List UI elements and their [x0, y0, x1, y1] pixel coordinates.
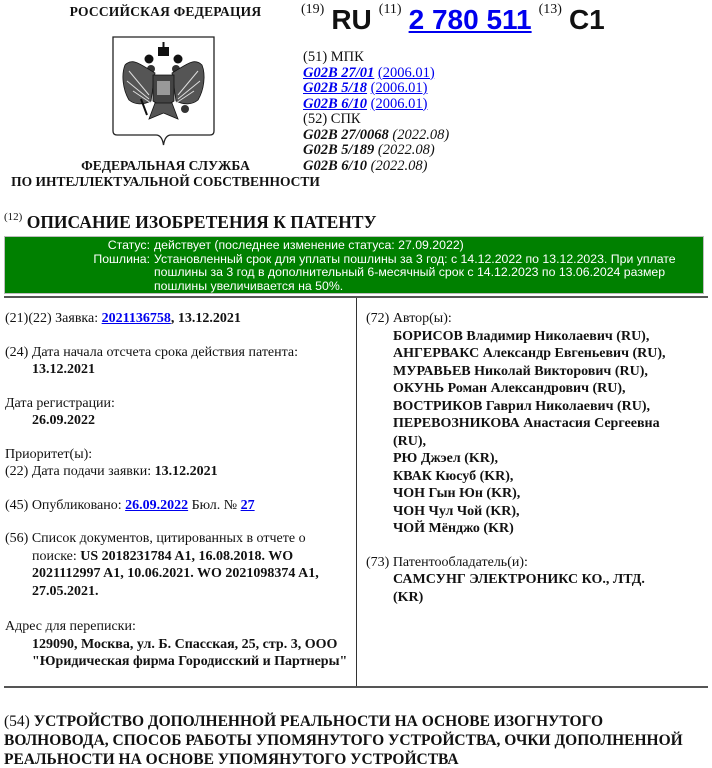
published-field: (45) Опубликовано: 26.09.2022 Бюл. № 27 — [5, 497, 350, 515]
column-divider — [356, 298, 357, 686]
country-title: РОССИЙСКАЯ ФЕДЕРАЦИЯ — [0, 4, 331, 20]
author: АНГЕРВАКС Александр Евгеньевич (RU), — [366, 345, 711, 363]
author: БОРИСОВ Владимир Николаевич (RU), — [366, 328, 711, 346]
status-value: действует (последнее изменение статуса: … — [154, 239, 694, 253]
spk-item: G02B 27/0068 (2022.08) — [303, 128, 449, 144]
mpk-item: G02B 5/18 (2006.01) — [303, 81, 449, 97]
author: ЧОЙ Мёнджо (KR) — [366, 520, 711, 538]
coat-of-arms-icon — [111, 35, 216, 153]
author: ЧОН Гын Юн (KR), — [366, 485, 711, 503]
cited-documents-field: (56) Список документов, цитированных в о… — [5, 530, 350, 600]
author: РЮ Джэел (KR), — [366, 450, 711, 468]
owner-field: (73) Патентообладатель(и): САМСУНГ ЭЛЕКТ… — [366, 554, 711, 607]
author: КВАК Кюсуб (KR), — [366, 468, 711, 486]
mpk-label: (51) МПК — [303, 50, 449, 66]
divider — [4, 686, 708, 688]
spk-item: G02B 5/189 (2022.08) — [303, 143, 449, 159]
status-label: Статус: — [5, 239, 154, 253]
mpk-code-link[interactable]: G02B 6/10 — [303, 96, 367, 112]
published-date-link[interactable]: 26.09.2022 — [125, 498, 188, 513]
mpk-code-link[interactable]: G02B 5/18 — [303, 80, 367, 96]
bulletin-number-link[interactable]: 27 — [241, 498, 255, 513]
mpk-code-link[interactable]: G02B 27/01 — [303, 65, 374, 81]
agency-name: ФЕДЕРАЛЬНАЯ СЛУЖБА ПО ИНТЕЛЛЕКТУАЛЬНОЙ С… — [0, 158, 331, 190]
author: ПЕРЕВОЗНИКОВА Анастасия Сергеевна (RU), — [366, 415, 711, 450]
kind-code: C1 — [569, 4, 605, 35]
author: МУРАВЬЕВ Николай Викторович (RU), — [366, 363, 711, 381]
authors-field: (72) Автор(ы): БОРИСОВ Владимир Николаев… — [366, 310, 711, 538]
author: ВОСТРИКОВ Гаврил Николаевич (RU), — [366, 398, 711, 416]
bibliographic-left: (21)(22) Заявка: 2021136758, 13.12.2021 … — [5, 310, 350, 687]
status-box: Статус: действует (последнее изменение с… — [4, 236, 704, 294]
document-title: (12) ОПИСАНИЕ ИЗОБРЕТЕНИЯ К ПАТЕНТУ — [4, 212, 376, 233]
term-start-field: (24) Дата начала отсчета срока действия … — [5, 344, 350, 379]
mpk-item: G02B 27/01 (2006.01) — [303, 66, 449, 82]
spk-label: (52) СПК — [303, 112, 449, 128]
address-field: Адрес для переписки: 129090, Москва, ул.… — [5, 618, 350, 671]
country-code: RU — [331, 4, 371, 35]
fee-value: Установленный срок для уплаты пошлины за… — [154, 253, 694, 294]
author: ЧОН Чул Чой (KR), — [366, 503, 711, 521]
invention-title: (54) УСТРОЙСТВО ДОПОЛНЕННОЙ РЕАЛЬНОСТИ Н… — [4, 712, 709, 768]
priority-field: Приоритет(ы): (22) Дата подачи заявки: 1… — [5, 446, 350, 481]
application-number-link[interactable]: 2021136758 — [102, 311, 171, 326]
spk-item: G02B 6/10 (2022.08) — [303, 159, 449, 175]
patent-number-link[interactable]: 2 780 511 — [409, 4, 532, 35]
patent-number-line: (19) RU (11) 2 780 511 (13) C1 — [301, 4, 605, 37]
mpk-item: G02B 6/10 (2006.01) — [303, 97, 449, 113]
bibliographic-right: (72) Автор(ы): БОРИСОВ Владимир Николаев… — [366, 310, 711, 622]
classification-block: (51) МПК G02B 27/01 (2006.01) G02B 5/18 … — [303, 50, 449, 174]
fee-label: Пошлина: — [5, 253, 154, 294]
author: ОКУНЬ Роман Александрович (RU), — [366, 380, 711, 398]
registration-field: Дата регистрации: 26.09.2022 — [5, 395, 350, 430]
application-field: (21)(22) Заявка: 2021136758, 13.12.2021 — [5, 310, 350, 328]
